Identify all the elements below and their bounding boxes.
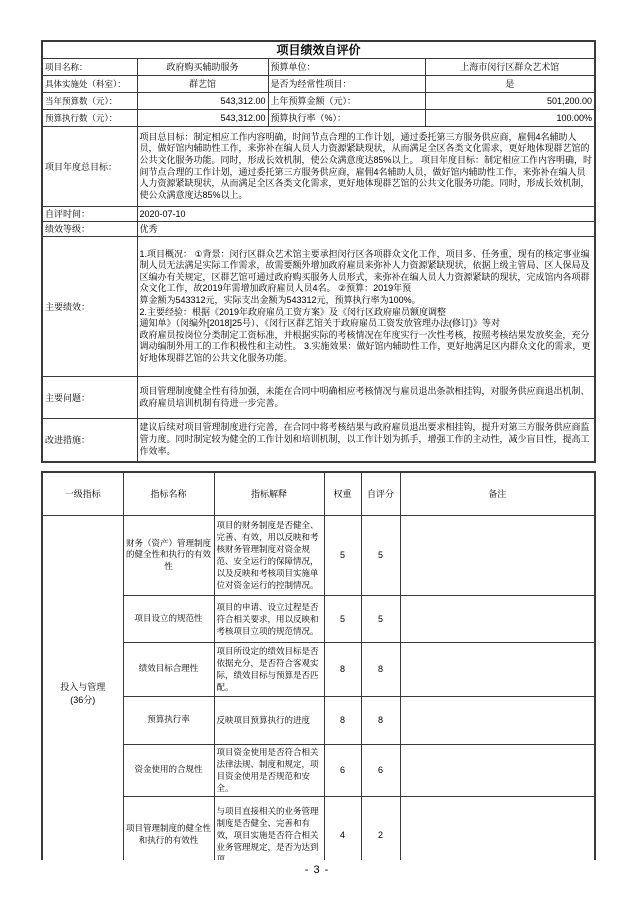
weight-value: 8 bbox=[324, 642, 361, 696]
execution-rate-value: 100.00% bbox=[425, 110, 595, 127]
remark-cell bbox=[400, 744, 595, 796]
table-row: 绩效等级： 优秀 bbox=[42, 222, 595, 237]
info-table: 项目绩效自评价 项目名称： 政府购买辅助服务 预算单位： 上海市闵行区群众艺术馆… bbox=[41, 40, 596, 463]
budget-execution-label: 预算执行数（元）： bbox=[42, 110, 137, 127]
weight-value: 4 bbox=[324, 796, 361, 860]
indicator-name: 财务（资产）管理制度的健全性和执行的有效性 bbox=[123, 515, 214, 595]
weight-value: 5 bbox=[324, 595, 361, 642]
page-title: 项目绩效自评价 bbox=[42, 41, 595, 59]
problems-text: 项目管理制度健全性有待加强，未能在合同中明确相应考核情况与雇员退出条款相挂钩，对… bbox=[137, 377, 595, 419]
eval-time-label: 自评时间： bbox=[42, 207, 137, 222]
table-row: 资金使用的合规性 项目资金使用是否符合相关法律法规、制度和规定，项目资金使用是否… bbox=[42, 744, 595, 796]
table-row: 项目年度总目标： 项目总目标：制定相应工作内容明确，时间节点合理的工作计划，通过… bbox=[42, 127, 595, 207]
indicator-name: 项目设立的规范性 bbox=[123, 595, 214, 642]
indicator-desc: 项目的财务制度是否健全、完善、有效，用以反映和考核财务管理制度对资金规范、安全运… bbox=[214, 515, 324, 595]
budget-unit-label: 预算单位： bbox=[268, 59, 425, 76]
annual-goal-text: 项目总目标：制定相应工作内容明确，时间节点合理的工作计划，通过委托第三方服务供应… bbox=[137, 127, 595, 207]
improvements-label: 改进措施： bbox=[42, 419, 137, 462]
indicator-name: 绩效目标合理性 bbox=[123, 642, 214, 696]
prev-budget-value: 501,200.00 bbox=[425, 93, 595, 110]
group-cell-input-management: 投入与管理 (36分) bbox=[42, 515, 123, 860]
prev-budget-label: 上年预算金额（元）： bbox=[268, 93, 425, 110]
project-name-value: 政府购买辅助服务 bbox=[137, 59, 268, 76]
achievements-label: 主要绩效： bbox=[42, 237, 137, 377]
table-row: 绩效目标合理性 项目所设定的绩效目标是否依据充分，是否符合客观实际，绩效目标与预… bbox=[42, 642, 595, 696]
table-row: 当年预算数（元）： 543,312.00 上年预算金额（元）： 501,200.… bbox=[42, 93, 595, 110]
grade-label: 绩效等级： bbox=[42, 222, 137, 237]
header-self-score: 自评分 bbox=[361, 472, 400, 515]
indicator-desc: 项目所设定的绩效目标是否依据充分，是否符合客观实际，绩效目标与预算是否匹配。 bbox=[214, 642, 324, 696]
header-indicator-name: 指标名称 bbox=[123, 472, 214, 515]
recurring-project-label: 是否为经常性项目： bbox=[268, 76, 425, 93]
remark-cell bbox=[400, 595, 595, 642]
table-row: 具体实施处（科室）： 群艺馆 是否为经常性项目： 是 bbox=[42, 76, 595, 93]
table-row: 投入与管理 (36分) 财务（资产）管理制度的健全性和执行的有效性 项目的财务制… bbox=[42, 515, 595, 595]
table-row: 预算执行数（元）： 543,312.00 预算执行率（%）： 100.00% bbox=[42, 110, 595, 127]
table-row: 主要问题： 项目管理制度健全性有待加强，未能在合同中明确相应考核情况与雇员退出条… bbox=[42, 377, 595, 419]
table-row: 项目设立的规范性 项目的申请、设立过程是否符合相关要求，用以反映和考核项目立项的… bbox=[42, 595, 595, 642]
indicator-table-clip: 一级指标 指标名称 指标解释 权重 自评分 备注 投入与管理 (36分) 财务（… bbox=[41, 471, 598, 860]
score-value: 2 bbox=[361, 796, 400, 860]
header-level1-indicator: 一级指标 bbox=[42, 472, 123, 515]
indicator-name: 项目管理制度的健全性和执行的有效性 bbox=[123, 796, 214, 860]
score-value: 8 bbox=[361, 642, 400, 696]
problems-label: 主要问题： bbox=[42, 377, 137, 419]
page-number: - 3 - bbox=[0, 864, 634, 876]
score-value: 6 bbox=[361, 744, 400, 796]
table-row: 自评时间： 2020-07-10 bbox=[42, 207, 595, 222]
table-row: 预算执行率 反映项目预算执行的进度 8 8 bbox=[42, 696, 595, 744]
indicator-desc: 与项目直接相关的业务管理制度是否健全、完善和有效，项目实施是否符合相关业务管理规… bbox=[214, 796, 324, 860]
document-page: 项目绩效自评价 项目名称： 政府购买辅助服务 预算单位： 上海市闵行区群众艺术馆… bbox=[0, 0, 634, 898]
remark-cell bbox=[400, 515, 595, 595]
table-row: 项目绩效自评价 bbox=[42, 41, 595, 59]
score-value: 8 bbox=[361, 696, 400, 744]
weight-value: 5 bbox=[324, 515, 361, 595]
remark-cell bbox=[400, 696, 595, 744]
execution-rate-label: 预算执行率（%）： bbox=[268, 110, 425, 127]
indicator-name: 资金使用的合规性 bbox=[123, 744, 214, 796]
table-row: 主要绩效： 1.项目概况： ①背景：闵行区群众艺术馆主要承担闵行区各项群众文化工… bbox=[42, 237, 595, 377]
indicator-table: 一级指标 指标名称 指标解释 权重 自评分 备注 投入与管理 (36分) 财务（… bbox=[41, 471, 596, 860]
header-weight: 权重 bbox=[324, 472, 361, 515]
weight-value: 8 bbox=[324, 696, 361, 744]
table-header-row: 一级指标 指标名称 指标解释 权重 自评分 备注 bbox=[42, 472, 595, 515]
weight-value: 6 bbox=[324, 744, 361, 796]
remark-cell bbox=[400, 642, 595, 696]
indicator-desc: 反映项目预算执行的进度 bbox=[214, 696, 324, 744]
improvements-text: 建议后续对项目管理制度进行完善，在合同中将考核结果与政府雇员退出要求相挂钩，提升… bbox=[137, 419, 595, 462]
table-row: 项目名称： 政府购买辅助服务 预算单位： 上海市闵行区群众艺术馆 bbox=[42, 59, 595, 76]
recurring-project-value: 是 bbox=[425, 76, 595, 93]
department-value: 群艺馆 bbox=[137, 76, 268, 93]
remark-cell bbox=[400, 796, 595, 860]
indicator-desc: 项目的申请、设立过程是否符合相关要求，用以反映和考核项目立项的规范情况。 bbox=[214, 595, 324, 642]
budget-unit-value: 上海市闵行区群众艺术馆 bbox=[425, 59, 595, 76]
annual-goal-label: 项目年度总目标： bbox=[42, 127, 137, 207]
header-remarks: 备注 bbox=[400, 472, 595, 515]
indicator-name: 预算执行率 bbox=[123, 696, 214, 744]
grade-value: 优秀 bbox=[137, 222, 595, 237]
score-value: 5 bbox=[361, 595, 400, 642]
header-indicator-explanation: 指标解释 bbox=[214, 472, 324, 515]
eval-time-value: 2020-07-10 bbox=[137, 207, 595, 222]
achievements-text: 1.项目概况： ①背景：闵行区群众艺术馆主要承担闵行区各项群众文化工作，项目多、… bbox=[137, 237, 595, 377]
current-budget-label: 当年预算数（元）： bbox=[42, 93, 137, 110]
table-row: 项目管理制度的健全性和执行的有效性 与项目直接相关的业务管理制度是否健全、完善和… bbox=[42, 796, 595, 860]
project-name-label: 项目名称： bbox=[42, 59, 137, 76]
indicator-desc: 项目资金使用是否符合相关法律法规、制度和规定，项目资金使用是否规范和安全。 bbox=[214, 744, 324, 796]
budget-execution-value: 543,312.00 bbox=[137, 110, 268, 127]
table-row: 改进措施： 建议后续对项目管理制度进行完善，在合同中将考核结果与政府雇员退出要求… bbox=[42, 419, 595, 462]
score-value: 5 bbox=[361, 515, 400, 595]
current-budget-value: 543,312.00 bbox=[137, 93, 268, 110]
department-label: 具体实施处（科室）： bbox=[42, 76, 137, 93]
